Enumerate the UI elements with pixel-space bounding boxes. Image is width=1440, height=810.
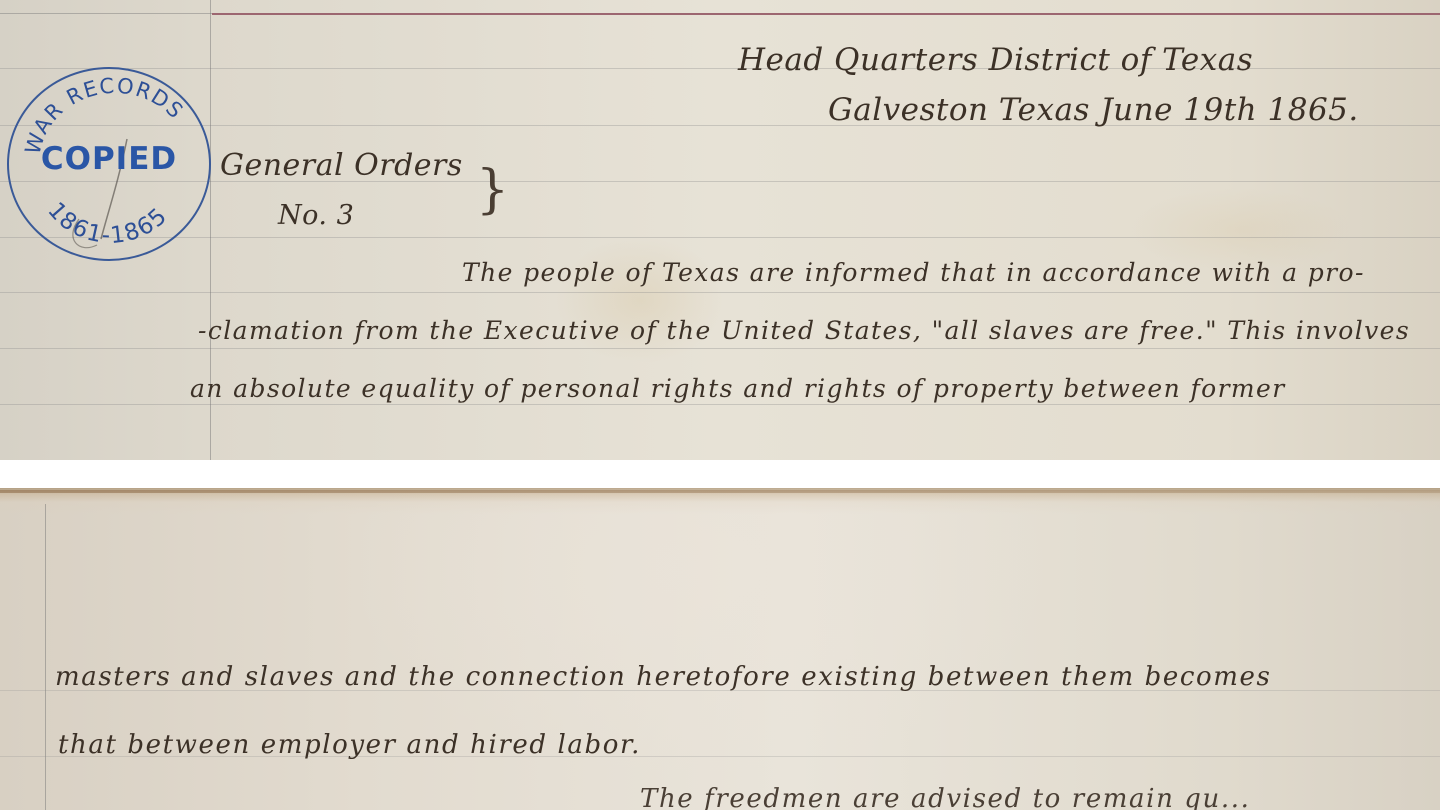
ruled-line: [0, 292, 1440, 293]
general-orders-title: General Orders: [220, 148, 463, 183]
body-line-3: an absolute equality of personal rights …: [190, 374, 1286, 403]
body-line-6-partial: The freedmen are advised to remain qu...: [640, 784, 1250, 810]
svg-text:1861-1865: 1861-1865: [42, 198, 173, 250]
ruled-line: [0, 404, 1440, 405]
body-line-2: -clamation from the Executive of the Uni…: [198, 316, 1410, 345]
page-edge: [0, 490, 1440, 493]
order-number: No. 3: [278, 200, 354, 231]
red-header-rule: [212, 13, 1440, 15]
body-line-4: masters and slaves and the connection he…: [55, 662, 1271, 692]
stamp-bottom-text: 1861-1865: [42, 198, 173, 250]
ruled-line: [0, 348, 1440, 349]
location-date-line: Galveston Texas June 19th 1865.: [828, 92, 1359, 128]
ruled-line: [0, 237, 1440, 238]
document-page-bottom: [0, 488, 1440, 810]
ruled-line: [0, 181, 1440, 182]
body-line-1: The people of Texas are informed that in…: [462, 258, 1365, 287]
body-line-5: that between employer and hired labor.: [58, 730, 641, 760]
headquarters-line: Head Quarters District of Texas: [738, 42, 1253, 78]
document-page-top: WAR RECORDS 1861-1865 COPIED Head Quarte…: [0, 0, 1440, 460]
war-records-stamp: WAR RECORDS 1861-1865 COPIED: [7, 67, 211, 261]
stamp-copied-text: COPIED: [9, 141, 209, 177]
ruled-line: [0, 13, 212, 14]
margin-line: [45, 504, 46, 810]
brace-mark: }: [476, 160, 510, 220]
